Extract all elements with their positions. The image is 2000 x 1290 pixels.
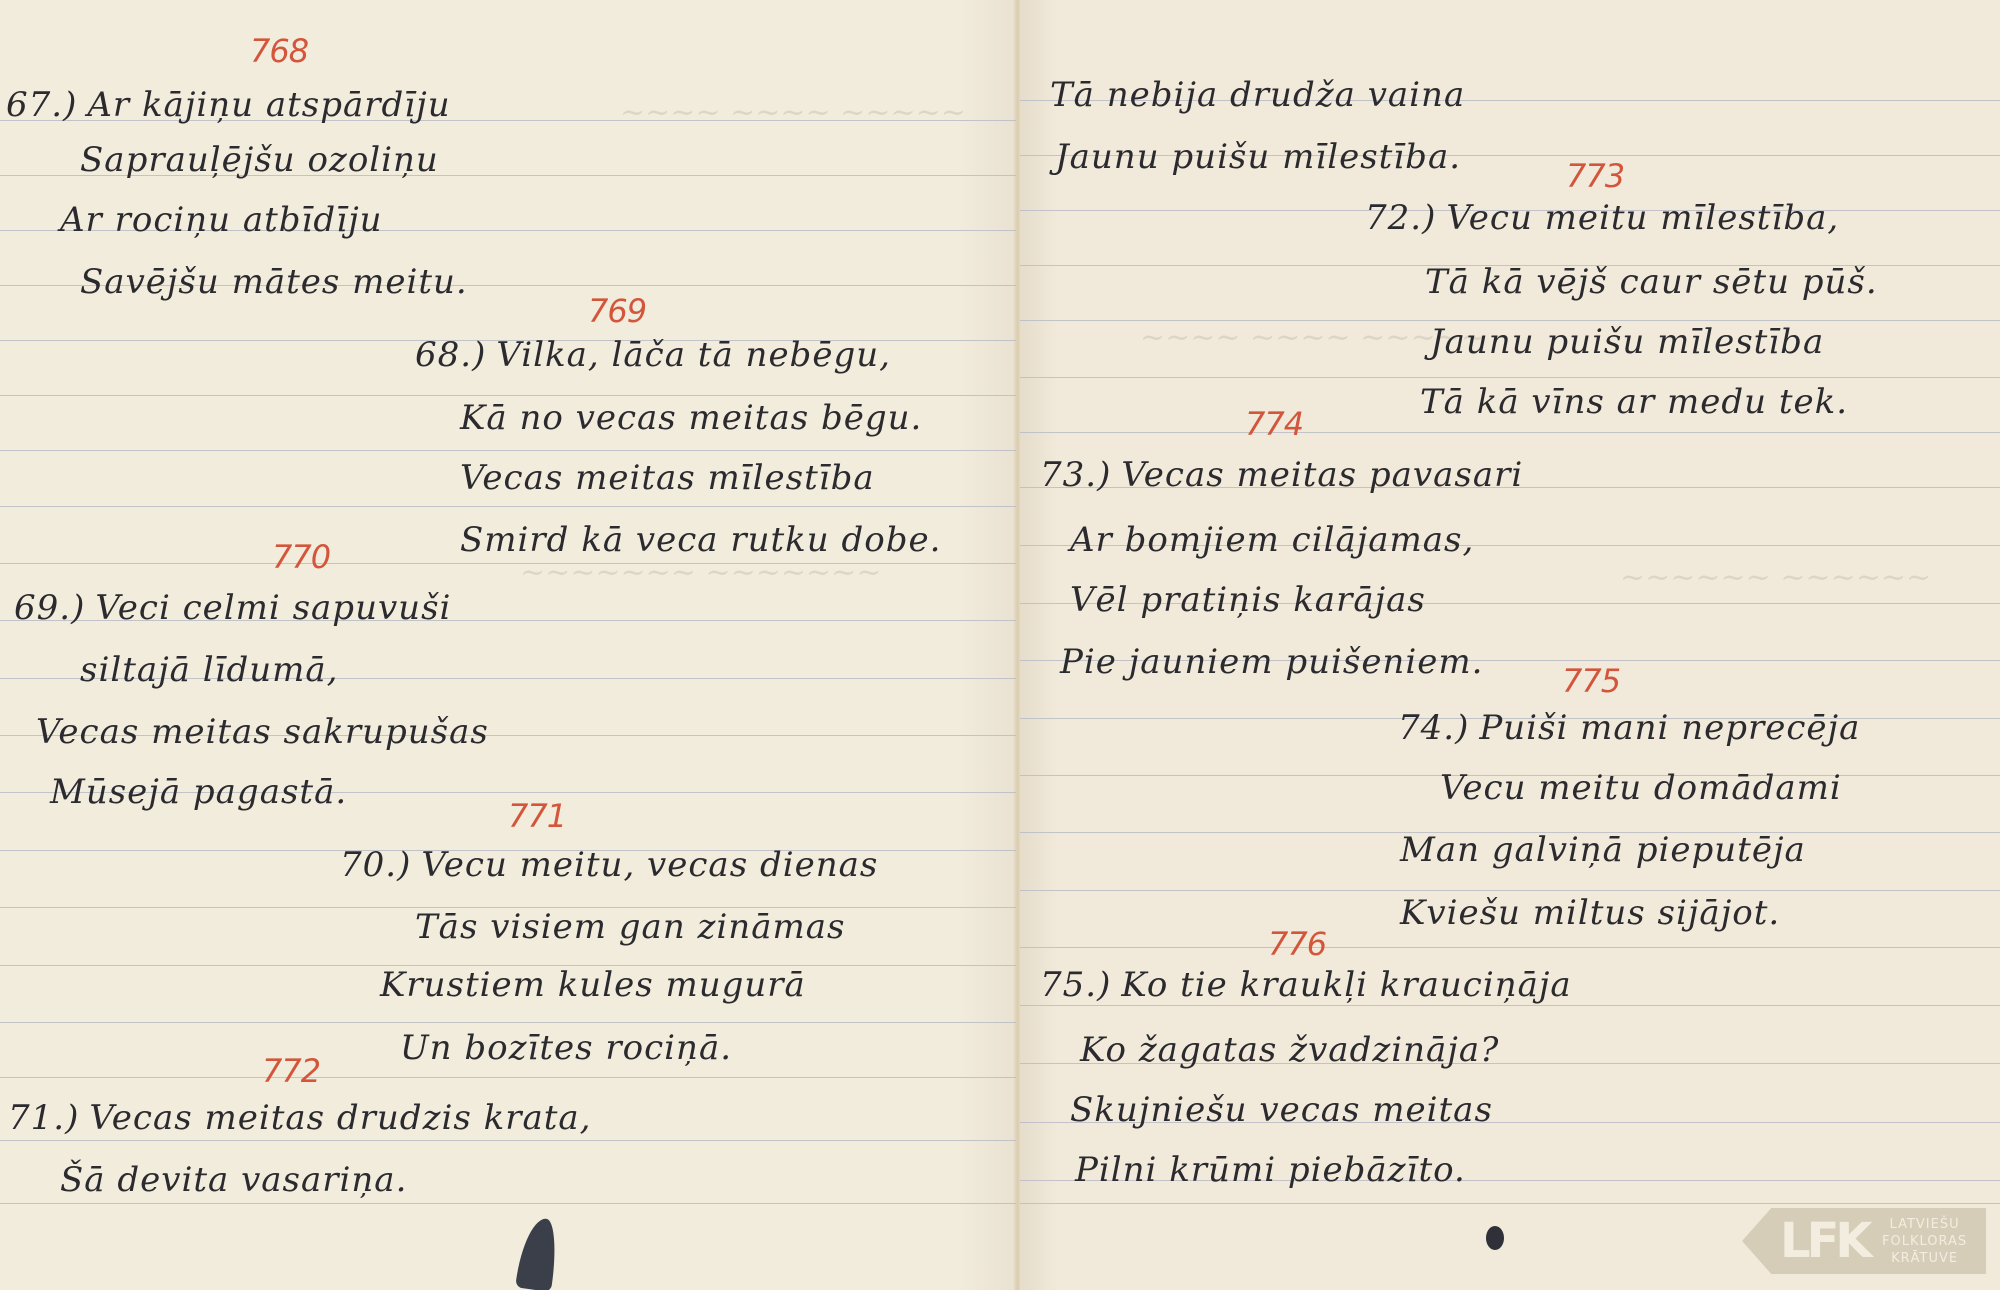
verse-line: 68.)Vilka, lāča tā nebēgu, xyxy=(415,335,891,375)
verse-line: Savējšu mātes meitu. xyxy=(80,262,468,302)
archive-watermark-logo: LFK LATVIEŠU FOLKLORAS KRĀTUVE xyxy=(1742,1208,1986,1274)
logo-text: LATVIEŠU FOLKLORAS KRĀTUVE xyxy=(1882,1216,1967,1267)
verse-line: 70.)Vecu meitu, vecas dienas xyxy=(340,845,878,885)
archive-number: 769 xyxy=(588,292,646,330)
bleed-through-text: ~~~~ ~~~~ ~~~~~ xyxy=(620,95,966,130)
archive-number: 773 xyxy=(1566,157,1624,195)
archive-number: 771 xyxy=(508,797,566,835)
verse-line: Smird kā veca rutku dobe. xyxy=(460,520,941,560)
verse-line: Krustiem kules mugurā xyxy=(380,965,806,1005)
left-page xyxy=(0,0,1018,1290)
verse-line: Pilni krūmi piebāzīto. xyxy=(1075,1150,1466,1190)
verse-line: Tās visiem gan zināmas xyxy=(415,907,845,947)
verse-number: 75.) xyxy=(1040,965,1111,1005)
verse-number: 73.) xyxy=(1040,455,1111,495)
verse-line: 73.)Vecas meitas pavasari xyxy=(1040,455,1523,495)
verse-number: 69.) xyxy=(14,588,85,628)
verse-line: Mūsejā pagastā. xyxy=(50,772,347,812)
verse-line: 67.)Ar kājiņu atspārdīju xyxy=(6,85,451,125)
verse-line: Ar rociņu atbīdīju xyxy=(60,200,383,240)
verse-line: 75.)Ko tie kraukļi krauciņāja xyxy=(1040,965,1572,1005)
verse-line: Skujniešu vecas meitas xyxy=(1070,1090,1493,1130)
verse-line: Jaunu puišu mīlestība xyxy=(1430,322,1824,362)
archive-number: 774 xyxy=(1245,405,1303,443)
verse-line: Saprauļējšu ozoliņu xyxy=(80,140,439,180)
verse-line: 71.)Vecas meitas drudzis krata, xyxy=(8,1098,591,1138)
verse-number: 74.) xyxy=(1398,708,1469,748)
verse-number: 67.) xyxy=(6,85,77,125)
verse-line: Tā nebija drudža vaina xyxy=(1050,75,1465,115)
verse-line: Kviešu miltus sijājot. xyxy=(1400,893,1780,933)
verse-line: Ar bomjiem cilājamas, xyxy=(1070,520,1474,560)
verse-number: 71.) xyxy=(8,1098,79,1138)
verse-line: Tā kā vīns ar medu tek. xyxy=(1420,382,1848,422)
verse-line: Vēl pratiņis karājas xyxy=(1070,580,1426,620)
verse-line: Šā devita vasariņa. xyxy=(60,1160,407,1200)
verse-line: 74.)Puiši mani neprecēja xyxy=(1398,708,1860,748)
bleed-through-text: ~~~~~~ ~~~~~~ xyxy=(1620,560,1931,595)
verse-line: Un bozītes rociņā. xyxy=(400,1028,732,1068)
ink-blot xyxy=(1486,1226,1504,1250)
bleed-through-text: ~~~~~~~ ~~~~~~~ xyxy=(520,555,881,590)
verse-line: Vecu meitu domādami xyxy=(1440,768,1842,808)
archive-number: 772 xyxy=(262,1052,320,1090)
verse-line: siltajā līdumā, xyxy=(80,650,338,690)
verse-line: Kā no vecas meitas bēgu. xyxy=(460,398,922,438)
logo-mark-icon: LFK xyxy=(1780,1214,1869,1268)
book-fold xyxy=(1014,0,1022,1290)
verse-line: Man galviņā pieputēja xyxy=(1400,830,1806,870)
verse-line: 69.)Veci celmi sapuvuši xyxy=(14,588,451,628)
archive-number: 768 xyxy=(250,32,308,70)
verse-number: 70.) xyxy=(340,845,411,885)
verse-line: Vecas meitas sakrupušas xyxy=(36,712,489,752)
archive-number: 770 xyxy=(272,538,330,576)
verse-line: Pie jauniem puišeniem. xyxy=(1060,642,1483,682)
archive-number: 775 xyxy=(1562,662,1620,700)
archive-number: 776 xyxy=(1268,925,1326,963)
verse-line: Tā kā vējš caur sētu pūš. xyxy=(1425,262,1878,302)
verse-line: 72.)Vecu meitu mīlestība, xyxy=(1365,198,1839,238)
verse-number: 72.) xyxy=(1365,198,1436,238)
verse-line: Ko žagatas žvadzināja? xyxy=(1080,1030,1499,1070)
verse-number: 68.) xyxy=(415,335,486,375)
verse-line: Jaunu puišu mīlestība. xyxy=(1055,137,1461,177)
verse-line: Vecas meitas mīlestība xyxy=(460,458,875,498)
